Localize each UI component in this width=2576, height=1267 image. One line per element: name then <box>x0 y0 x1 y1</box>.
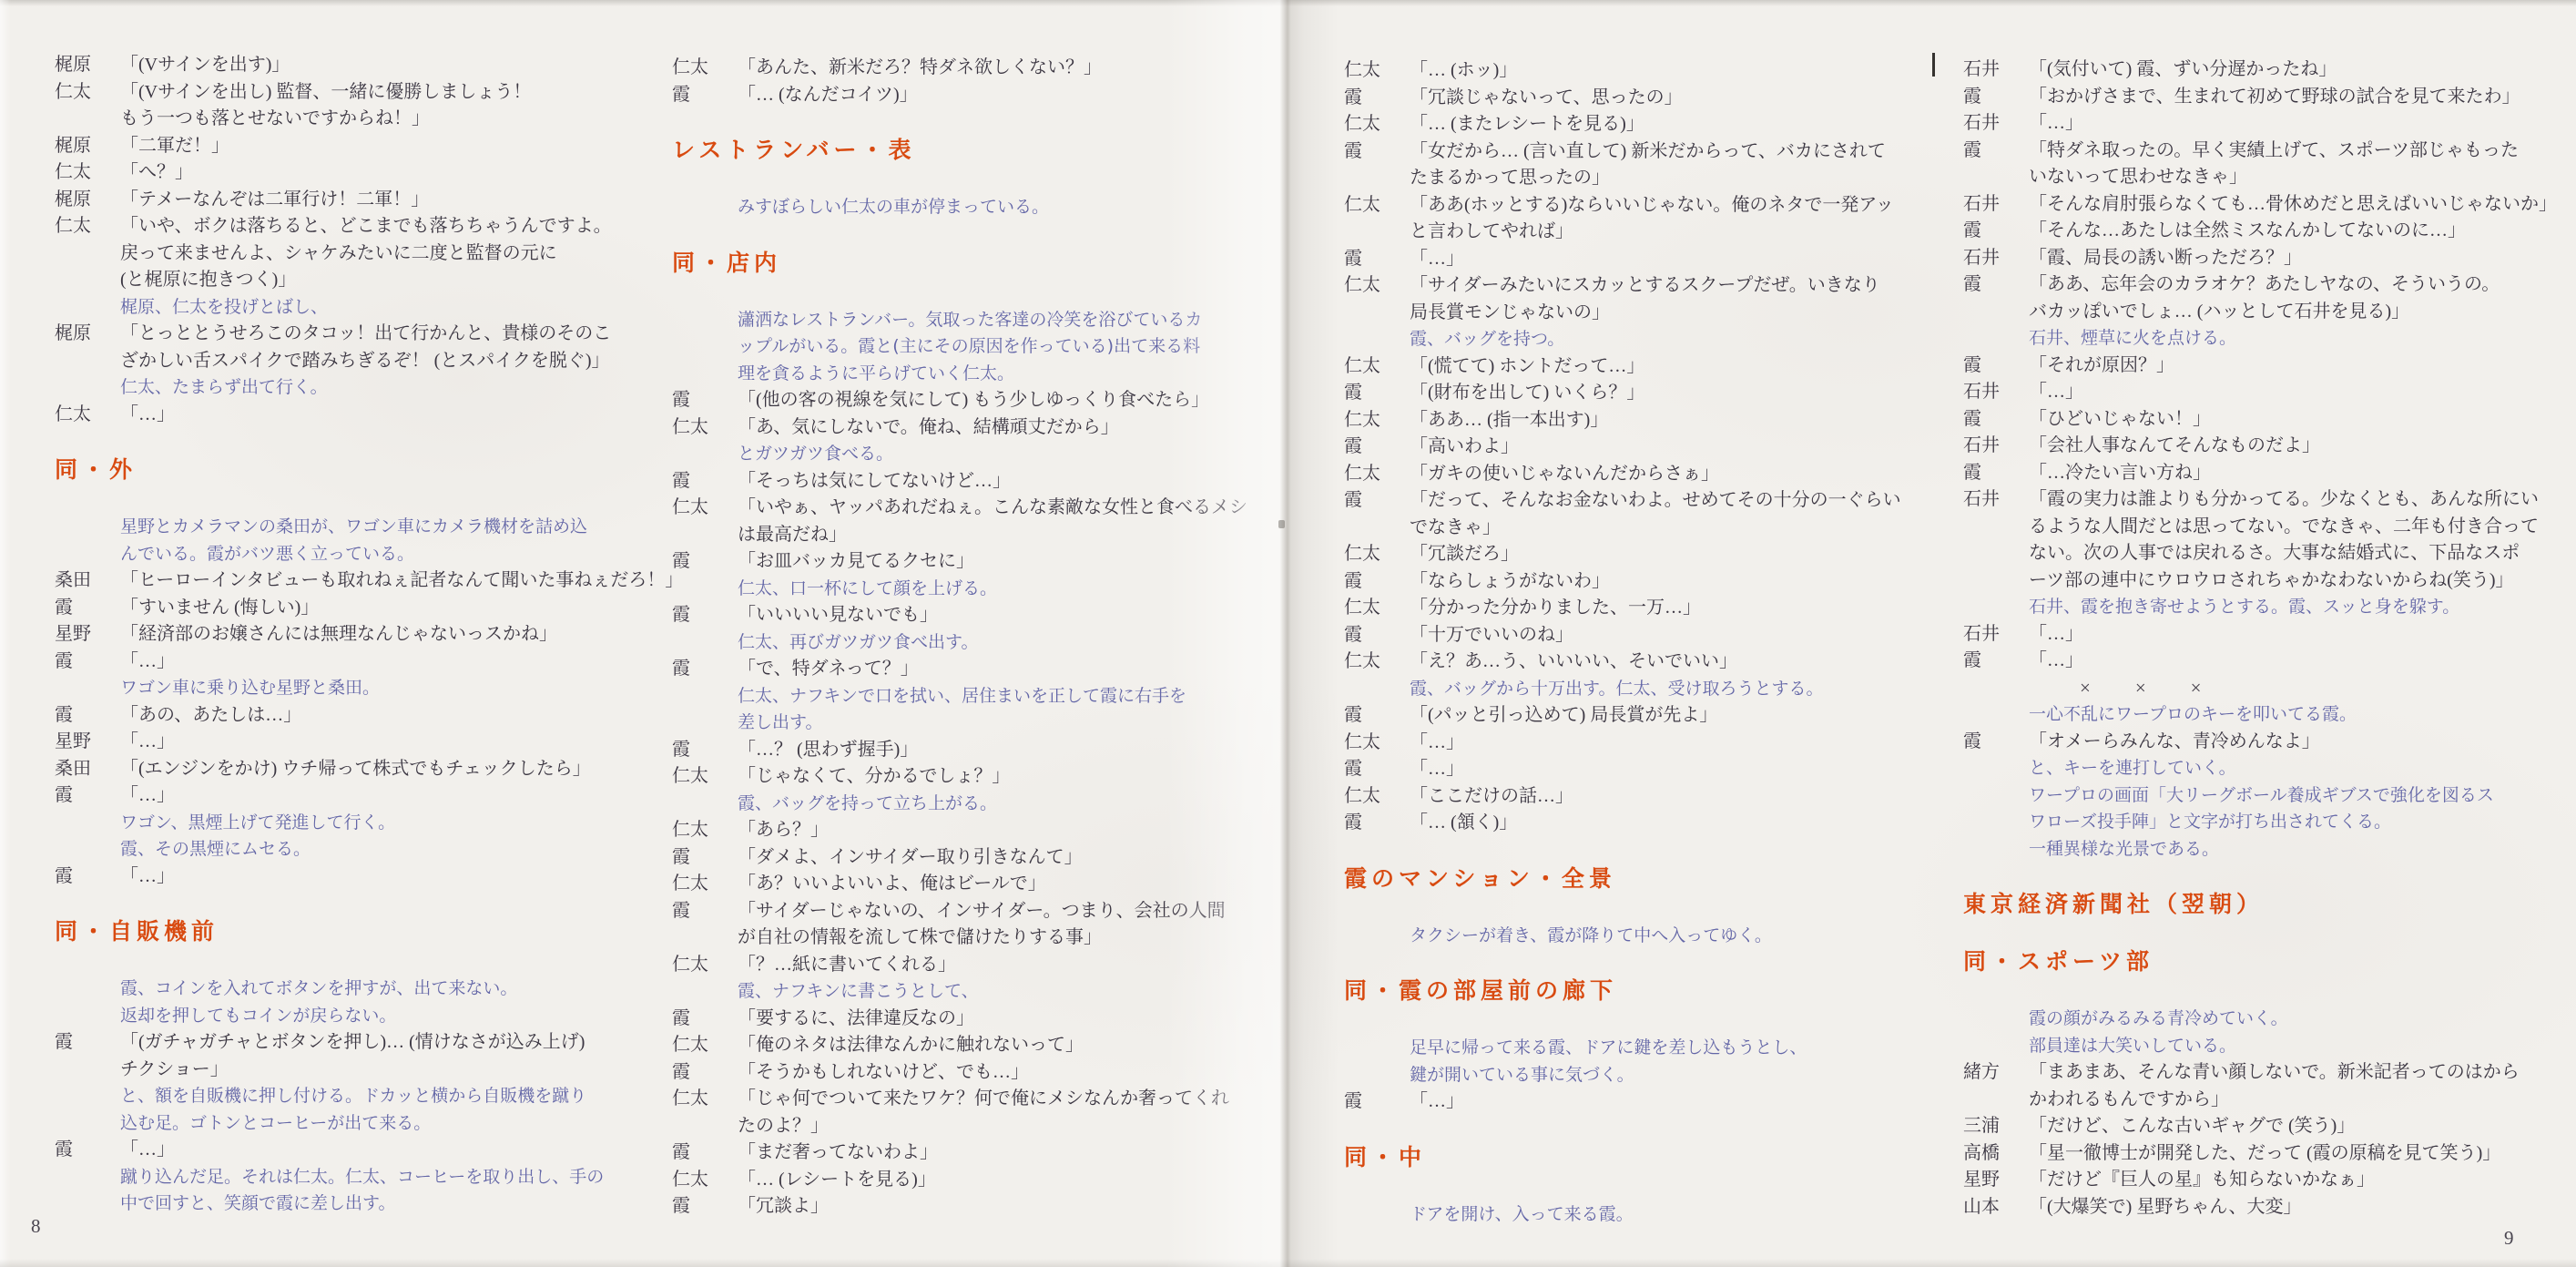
dialogue-text: 「二軍だ！」 <box>120 133 229 160</box>
dialogue-text: 「高いわよ」 <box>1410 434 1519 461</box>
dialogue-entry: 仁太「あんた、新米だろ？特ダネ欲しくない？」 <box>672 55 1284 82</box>
stage-direction: みすぼらしい仁太の車が停まっている。 <box>738 194 1284 221</box>
speaker-name: 山本 <box>1963 1194 2029 1221</box>
speaker-name: 仁太 <box>55 159 120 187</box>
dialogue-text: 「まだ奢ってないわよ」 <box>738 1139 938 1167</box>
speaker-name: 霞 <box>1344 138 1410 192</box>
dialogue-entry: 霞「いいいい見ないでも」 <box>672 602 1284 629</box>
dialogue-entry: 仁太「冗談だろ」 <box>1344 541 1952 568</box>
speaker-name: 仁太 <box>1344 649 1410 676</box>
dialogue-entry: 仁太「え？あ…う、いいいい、そいでいい」 <box>1344 649 1952 676</box>
speaker-name: 仁太 <box>672 871 738 898</box>
dialogue-entry: 霞「高いわよ」 <box>1344 434 1952 461</box>
dialogue-text: 「…」 <box>2029 110 2083 138</box>
dialogue-entry: 霞「そっちは気にしてないけど…」 <box>672 468 1284 496</box>
scene-heading: 霞のマンション・全景 <box>1344 865 1952 893</box>
stage-direction: 星野とカメラマンの桑田が、ワゴン車にカメラ機材を詰め込 んでいる。霞がバツ悪く立… <box>120 514 667 567</box>
dialogue-entry: 霞「ひどいじゃない！」 <box>1963 406 2576 434</box>
speaker-name: 仁太 <box>672 1086 738 1139</box>
dialogue-entry: 霞「…」 <box>1344 246 1952 273</box>
dialogue-text: 「ならしょうがないわ」 <box>1410 568 1610 596</box>
speaker-name: 仁太 <box>1344 541 1410 568</box>
stage-direction: 一心不乱にワープロのキーを叩いてる霞。 <box>2029 701 2576 729</box>
speaker-name: 霞 <box>672 548 738 576</box>
speaker-name: 高橋 <box>1963 1140 2029 1168</box>
dialogue-entry: 石井「…」 <box>1963 379 2576 406</box>
dialogue-entry: 仁太「じゃ何でついて来たワケ？何で俺にメシなんか奢ってくれ たのよ？」 <box>672 1086 1284 1139</box>
dialogue-text: 「？…紙に書いてくれる」 <box>738 952 956 979</box>
dialogue-entry: 霞「十万でいいのね」 <box>1344 622 1952 649</box>
dialogue-entry: 霞「冗談よ」 <box>672 1193 1284 1221</box>
speaker-name: 霞 <box>1344 380 1410 407</box>
dialogue-text: 「…」 <box>1410 246 1464 273</box>
dialogue-text: 「ああ… (指一本出す)」 <box>1410 407 1608 434</box>
dialogue-text: 「いや、ボクは落ちると、どこまでも落ちちゃうんですよ。 戻って来ませんよ、シャケ… <box>120 213 612 294</box>
dialogue-text: 「(ガチャガチャとボタンを押し)… (情けなさが込み上げ) チクショー」 <box>120 1029 585 1083</box>
stage-direction: とガツガツ食べる。 <box>738 441 1284 468</box>
dialogue-text: 「冗談よ」 <box>738 1193 829 1221</box>
scene-heading: 同・スポーツ部 <box>1963 948 2576 976</box>
dialogue-entry: 仁太「…」 <box>1344 730 1952 757</box>
dialogue-text: 「… (ホッ)」 <box>1410 57 1517 85</box>
speaker-name: 仁太 <box>672 952 738 979</box>
dialogue-text: 「そんな肩肘張らなくても…骨休めだと思えばいいじゃないか」 <box>2029 191 2557 219</box>
dialogue-text: 「…冷たい言い方ね」 <box>2029 460 2211 487</box>
speaker-name: 仁太 <box>55 402 120 429</box>
dialogue-entry: 梶原「とっととうせろこのタコッ！出て行かんと、貴様のそのこ ざかしい舌スパイクで… <box>55 321 667 374</box>
dialogue-text: 「そっちは気にしてないけど…」 <box>738 468 1011 496</box>
speaker-name: 石井 <box>1963 191 2029 219</box>
speaker-name: 霞 <box>55 595 120 622</box>
dialogue-entry: 霞「(ガチャガチャとボタンを押し)… (情けなさが込み上げ) チクショー」 <box>55 1029 667 1083</box>
dialogue-text: 「じゃなくて、分かるでしょ？」 <box>738 763 1010 791</box>
dialogue-text: 「…」 <box>2029 621 2083 649</box>
speaker-name: 星野 <box>55 621 120 649</box>
dialogue-text: 「(パッと引っ込めて) 局長賞が先よ」 <box>1410 702 1717 730</box>
dialogue-text: 「じゃ何でついて来たワケ？何で俺にメシなんか奢ってくれ たのよ？」 <box>738 1086 1229 1139</box>
speaker-name: 霞 <box>1344 246 1410 273</box>
dialogue-entry: 仁太「ここだけの話…」 <box>1344 783 1952 811</box>
dialogue-text: 「特ダネ取ったの。早く実績上げて、スポーツ部じゃもった いないって思わせなきゃ」 <box>2029 138 2519 191</box>
dialogue-text: 「そうかもしれないけど、でも…」 <box>738 1059 1029 1087</box>
dialogue-entry: 石井「(気付いて) 霞、ずい分遅かったね」 <box>1963 56 2576 84</box>
dialogue-entry: 霞「(他の客の視線を気にして) もう少しゆっくり食べたら」 <box>672 387 1284 414</box>
dialogue-text: 「要するに、法律違反なの」 <box>738 1006 974 1033</box>
dialogue-text: 「霞の実力は誰よりも分かってる。少なくとも、あんな所にい るような人間だとは思っ… <box>2029 486 2539 594</box>
scene-heading: 東京経済新聞社（翌朝） <box>1963 891 2576 918</box>
stage-direction: 霞の顔がみるみる青冷めていく。 部員達は大笑いしている。 <box>2029 1006 2576 1059</box>
dialogue-entry: 霞「… (なんだコイツ)」 <box>672 82 1284 109</box>
dialogue-entry: 桑田「(エンジンをかけ) ウチ帰って株式でもチェックしたら」 <box>55 756 667 783</box>
dialogue-text: 「…」 <box>1410 730 1464 757</box>
speaker-name: 仁太 <box>672 55 738 82</box>
stage-direction: 霞、バッグを持って立ち上がる。 <box>738 791 1284 818</box>
stage-direction: 梶原、仁太を投げとばし、 <box>120 294 667 322</box>
stage-direction: タクシーが着き、霞が降りて中へ入ってゆく。 <box>1410 923 1952 950</box>
speaker-name: 霞 <box>672 1059 738 1087</box>
speaker-name: 霞 <box>672 82 738 109</box>
dialogue-text: 「あ？いいよいいよ、俺はビールで」 <box>738 871 1046 898</box>
speaker-name: 霞 <box>672 1193 738 1221</box>
dialogue-entry: 霞「ダメよ、インサイダー取り引きなんて」 <box>672 844 1284 872</box>
speaker-name: 霞 <box>55 863 120 891</box>
scene-heading: 同・霞の部屋前の廊下 <box>1344 977 1952 1005</box>
dialogue-text: 「いやぁ、ヤッパあれだねぇ。こんな素敵な女性と食べるメシ は最高だね」 <box>738 495 1247 548</box>
dialogue-entry: 星野「だけど『巨人の星』も知らないかなぁ」 <box>1963 1167 2576 1194</box>
dialogue-entry: 仁太「… (またレシートを見る)」 <box>1344 111 1952 138</box>
speaker-name: 星野 <box>1963 1167 2029 1194</box>
speaker-name: 三浦 <box>1963 1113 2029 1140</box>
page-number-left: 8 <box>31 1215 41 1238</box>
speaker-name: 梶原 <box>55 321 120 374</box>
dialogue-text: 「…」 <box>120 649 175 676</box>
dialogue-text: 「(Vサインを出し) 監督、一緒に優勝しましょう！ もう一つも落とせないですから… <box>120 79 531 133</box>
dialogue-text: 「(Vサインを出す)」 <box>120 52 290 79</box>
scanned-script-spread: { "meta": { "page_left_number": "8", "pa… <box>0 0 2576 1267</box>
dialogue-text: 「ガキの使いじゃないんだからさぁ」 <box>1410 461 1719 488</box>
dialogue-entry: 仁太「ガキの使いじゃないんだからさぁ」 <box>1344 461 1952 488</box>
dialogue-entry: 高橋「星一徹博士が開発した、だって (霞の原稿を見て笑う)」 <box>1963 1140 2576 1168</box>
speaker-name: 霞 <box>55 1137 120 1164</box>
stage-direction: 仁太、ナフキンで口を拭い、居住まいを正して霞に右手を 差し出す。 <box>738 683 1284 737</box>
speaker-name: 仁太 <box>1344 111 1410 138</box>
dialogue-entry: 星野「…」 <box>55 729 667 756</box>
dialogue-entry: 霞「…」 <box>1344 1088 1952 1116</box>
scan-edge-left <box>0 0 11 1267</box>
dialogue-text: 「経済部のお嬢さんには無理なんじゃないっスかね」 <box>120 621 557 649</box>
speaker-name: 霞 <box>1344 756 1410 783</box>
script-column-3: 仁太「… (ホッ)」霞「冗談じゃないって、思ったの」仁太「… (またレシートを見… <box>1344 57 1952 1228</box>
speaker-name: 仁太 <box>1344 407 1410 434</box>
dialogue-text: 「(エンジンをかけ) ウチ帰って株式でもチェックしたら」 <box>120 756 591 783</box>
speaker-name: 仁太 <box>1344 192 1410 246</box>
speaker-name: 霞 <box>1963 218 2029 245</box>
dialogue-text: 「…」 <box>2029 648 2083 675</box>
dialogue-entry: 霞「…」 <box>1963 648 2576 675</box>
dialogue-entry: 霞「女だから… (言い直して) 新米だからって、バカにされて たまるかって思った… <box>1344 138 1952 192</box>
speaker-name: 梶原 <box>55 52 120 79</box>
scene-break-marks: × × × <box>2080 675 2576 702</box>
dialogue-text: 「だって、そんなお金ないわよ。せめてその十分の一ぐらい でなきゃ」 <box>1410 487 1901 541</box>
dialogue-entry: 霞「…」 <box>55 863 667 891</box>
speaker-name: 霞 <box>1344 622 1410 649</box>
scene-heading: 同・店内 <box>672 250 1284 277</box>
speaker-name: 霞 <box>55 702 120 730</box>
speaker-name: 霞 <box>672 387 738 414</box>
speaker-name: 霞 <box>1963 271 2029 325</box>
dialogue-entry: 霞「それが原因？」 <box>1963 353 2576 380</box>
speaker-name: 仁太 <box>1344 595 1410 622</box>
speaker-name: 梶原 <box>55 187 120 214</box>
dialogue-text: 「…」 <box>120 729 175 756</box>
stage-direction: ワゴン車に乗り込む星野と桑田。 <box>120 675 667 702</box>
dialogue-text: 「お皿バッカ見てるクセに」 <box>738 548 974 576</box>
dialogue-text: 「霞、局長の誘い断っただろ？」 <box>2029 245 2302 272</box>
dialogue-entry: 石井「…」 <box>1963 110 2576 138</box>
speaker-name: 霞 <box>672 1139 738 1167</box>
dialogue-entry: 霞「おかげさまで、生まれて初めて野球の試合を見て来たわ」 <box>1963 84 2576 111</box>
dialogue-entry: 緒方「まあまあ、そんな青い顔しないで。新米記者ってのはから かわれるもんですから… <box>1963 1059 2576 1113</box>
dialogue-text: 「十万でいいのね」 <box>1410 622 1573 649</box>
speaker-name: 梶原 <box>55 133 120 160</box>
scan-edge-top <box>0 0 2576 6</box>
stage-direction: ドアを開け、入って来る霞。 <box>1410 1201 1952 1229</box>
stage-direction: 石井、煙草に火を点ける。 <box>2029 325 2576 353</box>
dialogue-entry: 仁太「いやぁ、ヤッパあれだねぇ。こんな素敵な女性と食べるメシ は最高だね」 <box>672 495 1284 548</box>
speaker-name: 霞 <box>1344 810 1410 837</box>
stage-direction: 霞、バッグから十万出す。仁太、受け取ろうとする。 <box>1410 676 1952 703</box>
speaker-name: 仁太 <box>1344 461 1410 488</box>
dialogue-text: 「(大爆笑で) 星野ちゃん、大変」 <box>2029 1194 2302 1221</box>
speaker-name: 石井 <box>1963 56 2029 84</box>
dialogue-text: 「…」 <box>120 782 175 810</box>
dialogue-entry: 霞「オメーらみんな、青冷めんなよ」 <box>1963 729 2576 756</box>
dialogue-entry: 霞「(財布を出して) いくら？」 <box>1344 380 1952 407</box>
speaker-name: 桑田 <box>55 567 120 595</box>
dialogue-entry: 霞「…？ (思わず握手)」 <box>672 737 1284 764</box>
dialogue-text: 「分かった分かりました、一万…」 <box>1410 595 1701 622</box>
speaker-name: 霞 <box>672 602 738 629</box>
dialogue-entry: 霞「まだ奢ってないわよ」 <box>672 1139 1284 1167</box>
speaker-name: 霞 <box>672 468 738 496</box>
speaker-name: 霞 <box>672 1006 738 1033</box>
dialogue-entry: 桑田「ヒーローインタビューも取れねぇ記者なんて聞いた事ねぇだろ！」 <box>55 567 667 595</box>
dialogue-entry: 仁太「(Vサインを出し) 監督、一緒に優勝しましょう！ もう一つも落とせないです… <box>55 79 667 133</box>
dialogue-text: 「星一徹博士が開発した、だって (霞の原稿を見て笑う)」 <box>2029 1140 2500 1168</box>
speaker-name: 石井 <box>1963 379 2029 406</box>
speaker-name: 仁太 <box>1344 730 1410 757</box>
dialogue-text: 「会社人事なんてそんなものだよ」 <box>2029 433 2320 460</box>
speaker-name: 仁太 <box>55 213 120 294</box>
dialogue-text: 「… (レシートを見る)」 <box>738 1167 936 1194</box>
stage-direction: と、額を自販機に押し付ける。ドカッと横から自販機を蹴り 込む足。ゴトンとコーヒー… <box>120 1083 667 1137</box>
dialogue-entry: 霞「お皿バッカ見てるクセに」 <box>672 548 1284 576</box>
speaker-name: 仁太 <box>672 817 738 844</box>
dialogue-entry: 仁太「俺のネタは法律なんかに触れないって」 <box>672 1032 1284 1059</box>
dialogue-entry: 霞「要するに、法律違反なの」 <box>672 1006 1284 1033</box>
dialogue-text: 「…」 <box>1410 756 1464 783</box>
dialogue-text: 「だけど、こんな古いギャグで (笑う)」 <box>2029 1113 2355 1140</box>
speaker-name: 霞 <box>672 898 738 952</box>
dialogue-entry: 霞「…」 <box>55 782 667 810</box>
dialogue-text: 「ダメよ、インサイダー取り引きなんて」 <box>738 844 1083 872</box>
dialogue-text: 「…」 <box>1410 1088 1464 1116</box>
dialogue-text: 「おかげさまで、生まれて初めて野球の試合を見て来たわ」 <box>2029 84 2520 111</box>
dialogue-text: 「(気付いて) 霞、ずい分遅かったね」 <box>2029 56 2337 84</box>
speaker-name: 仁太 <box>672 1167 738 1194</box>
dialogue-text: 「ああ、忘年会のカラオケ？あたしヤなの、そういうの。 バカッぽいでしょ… (ハッ… <box>2029 271 2500 325</box>
speaker-name: 石井 <box>1963 486 2029 594</box>
speaker-name: 霞 <box>672 737 738 764</box>
dialogue-text: 「オメーらみんな、青冷めんなよ」 <box>2029 729 2320 756</box>
dialogue-text: 「(財布を出して) いくら？」 <box>1410 380 1644 407</box>
dialogue-entry: 霞「… (頷く)」 <box>1344 810 1952 837</box>
dialogue-text: 「冗談じゃないって、思ったの」 <box>1410 85 1683 112</box>
dialogue-text: 「あの、あたしは…」 <box>120 702 301 730</box>
dialogue-text: 「それが原因？」 <box>2029 353 2174 380</box>
dialogue-entry: 梶原「(Vサインを出す)」 <box>55 52 667 79</box>
dialogue-entry: 霞「ならしょうがないわ」 <box>1344 568 1952 596</box>
speaker-name: 石井 <box>1963 621 2029 649</box>
dialogue-entry: 山本「(大爆笑で) 星野ちゃん、大変」 <box>1963 1194 2576 1221</box>
dialogue-text: 「あ、気にしないで。俺ね、結構頑丈だから」 <box>738 414 1119 442</box>
speaker-name: 仁太 <box>672 495 738 548</box>
dialogue-text: 「… (なんだコイツ)」 <box>738 82 918 109</box>
scene-heading: 同・外 <box>55 456 667 484</box>
speaker-name: 霞 <box>1963 353 2029 380</box>
dialogue-entry: 霞「で、特ダネって？」 <box>672 656 1284 683</box>
speaker-name: 石井 <box>1963 433 2029 460</box>
speaker-name: 霞 <box>1344 487 1410 541</box>
speaker-name: 仁太 <box>1344 783 1410 811</box>
dialogue-entry: 仁太「？…紙に書いてくれる」 <box>672 952 1284 979</box>
dialogue-entry: 仁太「分かった分かりました、一万…」 <box>1344 595 1952 622</box>
dialogue-entry: 霞「(パッと引っ込めて) 局長賞が先よ」 <box>1344 702 1952 730</box>
speaker-name: 仁太 <box>1344 57 1410 85</box>
dialogue-text: 「へ？」 <box>120 159 193 187</box>
dialogue-text: 「俺のネタは法律なんかに触れないって」 <box>738 1032 1084 1059</box>
speaker-name: 仁太 <box>672 414 738 442</box>
dialogue-text: 「ああ(ホッとする)ならいいじゃない。俺のネタで一発アッ と言わしてやれば」 <box>1410 192 1894 246</box>
dialogue-entry: 霞「そんな…あたしは全然ミスなんかしてないのに…」 <box>1963 218 2576 245</box>
speaker-name: 石井 <box>1963 245 2029 272</box>
dialogue-entry: 石井「そんな肩肘張らなくても…骨休めだと思えばいいじゃないか」 <box>1963 191 2576 219</box>
dialogue-entry: 仁太「(慌てて) ホントだって…」 <box>1344 353 1952 381</box>
stage-direction: 石井、霞を抱き寄せようとする。霞、スッと身を躱す。 <box>2029 594 2576 621</box>
script-column-1: 梶原「(Vサインを出す)」仁太「(Vサインを出し) 監督、一緒に優勝しましょう！… <box>55 52 667 1218</box>
speaker-name: 仁太 <box>672 1032 738 1059</box>
dialogue-entry: 梶原「テメーなんぞは二軍行け！二軍！」 <box>55 187 667 214</box>
dialogue-text: 「(慌てて) ホントだって…」 <box>1410 353 1644 381</box>
scene-heading: 同・自販機前 <box>55 918 667 945</box>
speaker-name: 霞 <box>1963 460 2029 487</box>
dialogue-text: 「あら？」 <box>738 817 829 844</box>
stage-direction: と、キーを連打していく。 ワープロの画面「大リーグボール養成ギブスで強化を図るス… <box>2029 755 2576 863</box>
dialogue-text: 「とっととうせろこのタコッ！出て行かんと、貴様のそのこ ざかしい舌スパイクで踏み… <box>120 321 611 374</box>
dialogue-entry: 仁太「…」 <box>55 402 667 429</box>
stage-direction: ワゴン、黒煙上げて発進して行く。 霞、その黒煙にムセる。 <box>120 810 667 863</box>
stage-direction: 瀟洒なレストランバー。気取った客達の冷笑を浴びているカ ップルがいる。霞と(主に… <box>738 307 1284 388</box>
dialogue-entry: 石井「会社人事なんてそんなものだよ」 <box>1963 433 2576 460</box>
dialogue-entry: 霞「あの、あたしは…」 <box>55 702 667 730</box>
speaker-name: 霞 <box>1344 702 1410 730</box>
dialogue-text: 「…」 <box>120 402 175 429</box>
dialogue-entry: 霞「サイダーじゃないの、インサイダー。つまり、会社の人間 が自社の情報を流して株… <box>672 898 1284 952</box>
speaker-name: 霞 <box>1963 138 2029 191</box>
dialogue-entry: 仁太「あら？」 <box>672 817 1284 844</box>
stage-direction: 仁太、たまらず出て行く。 <box>120 374 667 402</box>
stage-direction: 蹴り込んだ足。それは仁太。仁太、コーヒーを取り出し、手の 中で回すと、笑顔で霞に… <box>120 1164 667 1218</box>
dialogue-entry: 石井「霞の実力は誰よりも分かってる。少なくとも、あんな所にい るような人間だとは… <box>1963 486 2576 594</box>
dialogue-text: 「だけど『巨人の星』も知らないかなぁ」 <box>2029 1167 2375 1194</box>
dialogue-text: 「(他の客の視線を気にして) もう少しゆっくり食べたら」 <box>738 387 1209 414</box>
dialogue-entry: 仁太「あ、気にしないで。俺ね、結構頑丈だから」 <box>672 414 1284 442</box>
speaker-name: 霞 <box>1963 84 2029 111</box>
speaker-name: 霞 <box>1344 1088 1410 1116</box>
dialogue-entry: 仁太「ああ… (指一本出す)」 <box>1344 407 1952 434</box>
speaker-name: 霞 <box>1344 434 1410 461</box>
dialogue-text: 「ひどいじゃない！」 <box>2029 406 2211 434</box>
dialogue-entry: 霞「…」 <box>55 649 667 676</box>
dialogue-text: 「女だから… (言い直して) 新米だからって、バカにされて たまるかって思ったの… <box>1410 138 1886 192</box>
script-column-4: 石井「(気付いて) 霞、ずい分遅かったね」霞「おかげさまで、生まれて初めて野球の… <box>1963 56 2576 1221</box>
stage-direction: 仁太、口一杯にして顔を上げる。 <box>738 576 1284 603</box>
dialogue-entry: 石井「霞、局長の誘い断っただろ？」 <box>1963 245 2576 272</box>
speaker-name: 石井 <box>1963 110 2029 138</box>
dialogue-text: 「あんた、新米だろ？特ダネ欲しくない？」 <box>738 55 1102 82</box>
dialogue-entry: 霞「…」 <box>55 1137 667 1164</box>
scene-heading: レストランバー・表 <box>672 137 1284 164</box>
dialogue-entry: 霞「すいません (悔しい)」 <box>55 595 667 622</box>
page-number-right: 9 <box>2504 1227 2514 1250</box>
dialogue-entry: 仁太「… (レシートを見る)」 <box>672 1167 1284 1194</box>
speaker-name: 星野 <box>55 729 120 756</box>
speaker-name: 仁太 <box>55 79 120 133</box>
dialogue-entry: 霞「…冷たい言い方ね」 <box>1963 460 2576 487</box>
script-column-2: 仁太「あんた、新米だろ？特ダネ欲しくない？」霞「… (なんだコイツ)」レストラン… <box>672 55 1284 1221</box>
dialogue-text: 「冗談だろ」 <box>1410 541 1519 568</box>
dialogue-entry: 仁太「… (ホッ)」 <box>1344 57 1952 85</box>
dialogue-entry: 三浦「だけど、こんな古いギャグで (笑う)」 <box>1963 1113 2576 1140</box>
speaker-name: 霞 <box>1963 648 2029 675</box>
speaker-name: 仁太 <box>1344 353 1410 381</box>
speaker-name: 桑田 <box>55 756 120 783</box>
dialogue-entry: 霞「冗談じゃないって、思ったの」 <box>1344 85 1952 112</box>
dialogue-entry: 仁太「へ？」 <box>55 159 667 187</box>
scan-edge-bottom <box>0 1259 2576 1267</box>
speaker-name: 霞 <box>1344 568 1410 596</box>
dialogue-entry: 仁太「じゃなくて、分かるでしょ？」 <box>672 763 1284 791</box>
dialogue-entry: 霞「ああ、忘年会のカラオケ？あたしヤなの、そういうの。 バカッぽいでしょ… (ハ… <box>1963 271 2576 325</box>
speaker-name: 霞 <box>55 649 120 676</box>
speaker-name: 霞 <box>1344 85 1410 112</box>
dialogue-text: 「いいいい見ないでも」 <box>738 602 938 629</box>
dialogue-text: 「そんな…あたしは全然ミスなんかしてないのに…」 <box>2029 218 2466 245</box>
speaker-name: 霞 <box>1963 729 2029 756</box>
dialogue-text: 「え？あ…う、いいいい、そいでいい」 <box>1410 649 1737 676</box>
scene-heading: 同・中 <box>1344 1144 1952 1171</box>
dialogue-entry: 霞「だって、そんなお金ないわよ。せめてその十分の一ぐらい でなきゃ」 <box>1344 487 1952 541</box>
stage-direction: 霞、バッグを持つ。 <box>1410 326 1952 353</box>
dialogue-text: 「サイダーじゃないの、インサイダー。つまり、会社の人間 が自社の情報を流して株で… <box>738 898 1226 952</box>
speaker-name: 霞 <box>55 1029 120 1083</box>
stage-direction: 仁太、再びガツガツ食べ出す。 <box>738 629 1284 657</box>
stage-direction: 霞、コインを入れてボタンを押すが、出て来ない。 返却を押してもコインが戻らない。 <box>120 976 667 1029</box>
dialogue-text: 「すいません (悔しい)」 <box>120 595 319 622</box>
dialogue-text: 「で、特ダネって？」 <box>738 656 919 683</box>
dialogue-entry: 仁太「いや、ボクは落ちると、どこまでも落ちちゃうんですよ。 戻って来ませんよ、シ… <box>55 213 667 294</box>
dialogue-text: 「ヒーローインタビューも取れねぇ記者なんて聞いた事ねぇだろ！」 <box>120 567 683 595</box>
dialogue-text: 「…？ (思わず握手)」 <box>738 737 918 764</box>
dialogue-entry: 霞「そうかもしれないけど、でも…」 <box>672 1059 1284 1087</box>
speaker-name: 仁太 <box>672 763 738 791</box>
dialogue-text: 「サイダーみたいにスカッとするスクープだぜ。いきなり 局長賞モンじゃないの」 <box>1410 272 1880 326</box>
dialogue-text: 「…」 <box>120 1137 175 1164</box>
speaker-name: 霞 <box>672 844 738 872</box>
dialogue-entry: 仁太「サイダーみたいにスカッとするスクープだぜ。いきなり 局長賞モンじゃないの」 <box>1344 272 1952 326</box>
dialogue-entry: 仁太「あ？いいよいいよ、俺はビールで」 <box>672 871 1284 898</box>
dialogue-entry: 石井「…」 <box>1963 621 2576 649</box>
dialogue-text: 「… (頷く)」 <box>1410 810 1517 837</box>
speaker-name: 霞 <box>1963 406 2029 434</box>
dialogue-entry: 霞「…」 <box>1344 756 1952 783</box>
dialogue-text: 「…」 <box>120 863 175 891</box>
dialogue-text: 「まあまあ、そんな青い顔しないで。新米記者ってのはから かわれるもんですから」 <box>2029 1059 2520 1113</box>
speaker-name: 霞 <box>55 782 120 810</box>
stage-direction: 足早に帰って来る霞、ドアに鍵を差し込もうとし、 鍵が開いている事に気づく。 <box>1410 1035 1952 1088</box>
stage-direction: 霞、ナフキンに書こうとして、 <box>738 978 1284 1006</box>
speaker-name: 仁太 <box>1344 272 1410 326</box>
